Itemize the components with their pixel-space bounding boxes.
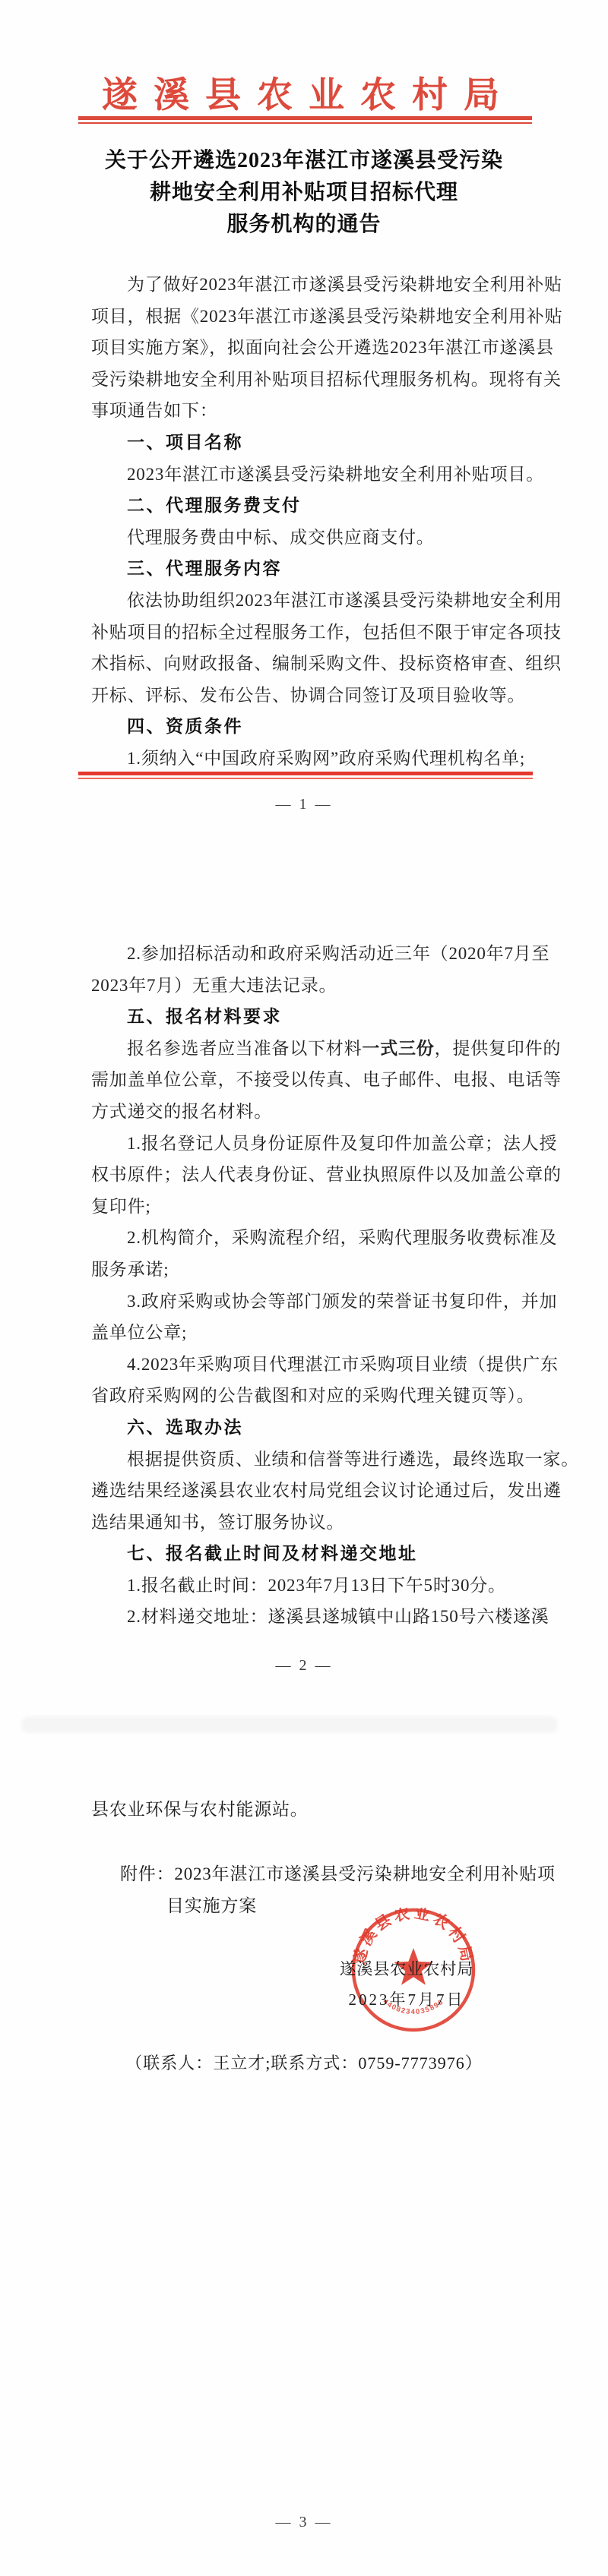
- text-line: 2023年湛江市遂溪县受污染耕地安全利用补贴项目。: [91, 459, 540, 491]
- text-line: 2.机构简介，采购流程介绍，采购代理服务收费标准及: [91, 1222, 540, 1254]
- attachment-line: 附件：2023年湛江市遂溪县受污染耕地安全利用补贴项: [91, 1858, 547, 1890]
- attachment-line: 目实施方案: [91, 1890, 547, 1922]
- text-line: 项目，根据《2023年湛江市遂溪县受污染耕地安全利用补贴: [91, 301, 540, 333]
- text-line: 选结果通知书，签订服务协议。: [91, 1507, 540, 1539]
- text-line: 2023年7月）无重大违法记录。: [91, 970, 540, 1002]
- page-number-2: — 2 —: [0, 1657, 608, 1675]
- letterhead-agency-title: 遂溪县农业农村局: [0, 67, 608, 118]
- text-line: 盖单位公章;: [91, 1317, 540, 1349]
- text-line: 方式递交的报名材料。: [91, 1096, 540, 1128]
- red-emphasis-underline: [78, 772, 533, 779]
- text-line: 服务承诺;: [91, 1254, 540, 1286]
- notice-title-line: 服务机构的通告: [0, 209, 608, 241]
- text-line: 需加盖单位公章，不接受以传真、电子邮件、电报、电话等: [91, 1064, 540, 1096]
- page-number-1: — 1 —: [0, 796, 608, 813]
- text-line: 1.须纳入“中国政府采购网”政府采购代理机构名单;: [91, 743, 540, 775]
- letterhead-red-rule: [78, 116, 532, 124]
- section-heading-7: 七、报名截止时间及材料递交地址: [91, 1538, 540, 1570]
- section-heading-4: 四、资质条件: [91, 711, 540, 743]
- text-line: 为了做好2023年湛江市遂溪县受污染耕地安全利用补贴: [91, 269, 540, 301]
- page1-body: 为了做好2023年湛江市遂溪县受污染耕地安全利用补贴 项目，根据《2023年湛江…: [91, 269, 540, 775]
- text-line: 项目实施方案》，拟面向社会公开遴选2023年湛江市遂溪县: [91, 332, 540, 364]
- text-line: 复印件;: [91, 1191, 540, 1223]
- text-line: 1.报名登记人员身份证原件及复印件加盖公章；法人授: [91, 1128, 540, 1160]
- section-heading-2: 二、代理服务费支付: [91, 490, 540, 522]
- text-line: 事项通告如下：: [91, 395, 540, 427]
- signature-block: 遂溪县农业农村局 2023年7月7日: [327, 1954, 486, 2015]
- section-heading-1: 一、项目名称: [91, 427, 540, 459]
- text-line: 补贴项目的招标全过程服务工作，包括但不限于审定各项技: [91, 617, 540, 649]
- notice-title: 关于公开遴选2023年湛江市遂溪县受污染 耕地安全利用补贴项目招标代理 服务机构…: [0, 145, 608, 241]
- text-line: 遴选结果经遂溪县农业农村局党组会议讨论通过后，发出遴: [91, 1475, 540, 1507]
- scan-shadow-artifact: [21, 1716, 558, 1733]
- document-scan: { "colors": { "header_red": "#dd4a3c", "…: [0, 0, 608, 2576]
- text-line: 代理服务费由中标、成交供应商支付。: [91, 522, 540, 554]
- text-line: 2.参加招标活动和政府采购活动近三年（2020年7月至: [91, 938, 540, 970]
- page2-body: 2.参加招标活动和政府采购活动近三年（2020年7月至 2023年7月）无重大违…: [91, 938, 540, 1633]
- text-line: 报名参选者应当准备以下材料一式三份，提供复印件的: [91, 1033, 540, 1065]
- contact-info: （联系人：王立才;联系方式：0759-7773976）: [0, 2050, 608, 2074]
- bold-text-segment: 一式三份: [362, 1039, 434, 1058]
- text-line: 1.报名截止时间：2023年7月13日下午5时30分。: [91, 1570, 540, 1602]
- text-line: 术指标、向财政报备、编制采购文件、投标资格审查、组织: [91, 648, 540, 680]
- section-heading-3: 三、代理服务内容: [91, 553, 540, 585]
- text-line: 2.材料递交地址：遂溪县遂城镇中山路150号六楼遂溪: [91, 1601, 540, 1633]
- signing-date: 2023年7月7日: [327, 1984, 486, 2015]
- text-line: 依法协助组织2023年湛江市遂溪县受污染耕地安全利用: [91, 585, 540, 617]
- text-line: 县农业环保与农村能源站。: [91, 1794, 309, 1826]
- text-line: 4.2023年采购项目代理湛江市采购项目业绩（提供广东: [91, 1349, 540, 1381]
- signing-agency: 遂溪县农业农村局: [327, 1954, 486, 1984]
- text-line: 权书原件；法人代表身份证、营业执照原件以及加盖公章的: [91, 1159, 540, 1191]
- text-segment: 报名参选者应当准备以下材料: [127, 1039, 362, 1058]
- text-segment: ，提供复印件的: [435, 1039, 562, 1058]
- text-line: 省政府采购网的公告截图和对应的采购代理关键页等）。: [91, 1380, 540, 1412]
- notice-title-line: 耕地安全利用补贴项目招标代理: [0, 177, 608, 209]
- section-heading-5: 五、报名材料要求: [91, 1001, 540, 1033]
- text-line: 3.政府采购或协会等部门颁发的荣誉证书复印件，并加: [91, 1286, 540, 1318]
- text-line: 受污染耕地安全利用补贴项目招标代理服务机构。现将有关: [91, 364, 540, 396]
- text-line: 开标、评标、发布公告、协调合同签订及项目验收等。: [91, 680, 540, 712]
- text-line: 根据提供资质、业绩和信誉等进行遴选，最终选取一家。: [91, 1444, 540, 1476]
- section-heading-6: 六、选取办法: [91, 1412, 540, 1444]
- attachment-note: 附件：2023年湛江市遂溪县受污染耕地安全利用补贴项 目实施方案: [91, 1858, 547, 1921]
- page-number-3: — 3 —: [0, 2514, 608, 2531]
- notice-title-line: 关于公开遴选2023年湛江市遂溪县受污染: [0, 145, 608, 177]
